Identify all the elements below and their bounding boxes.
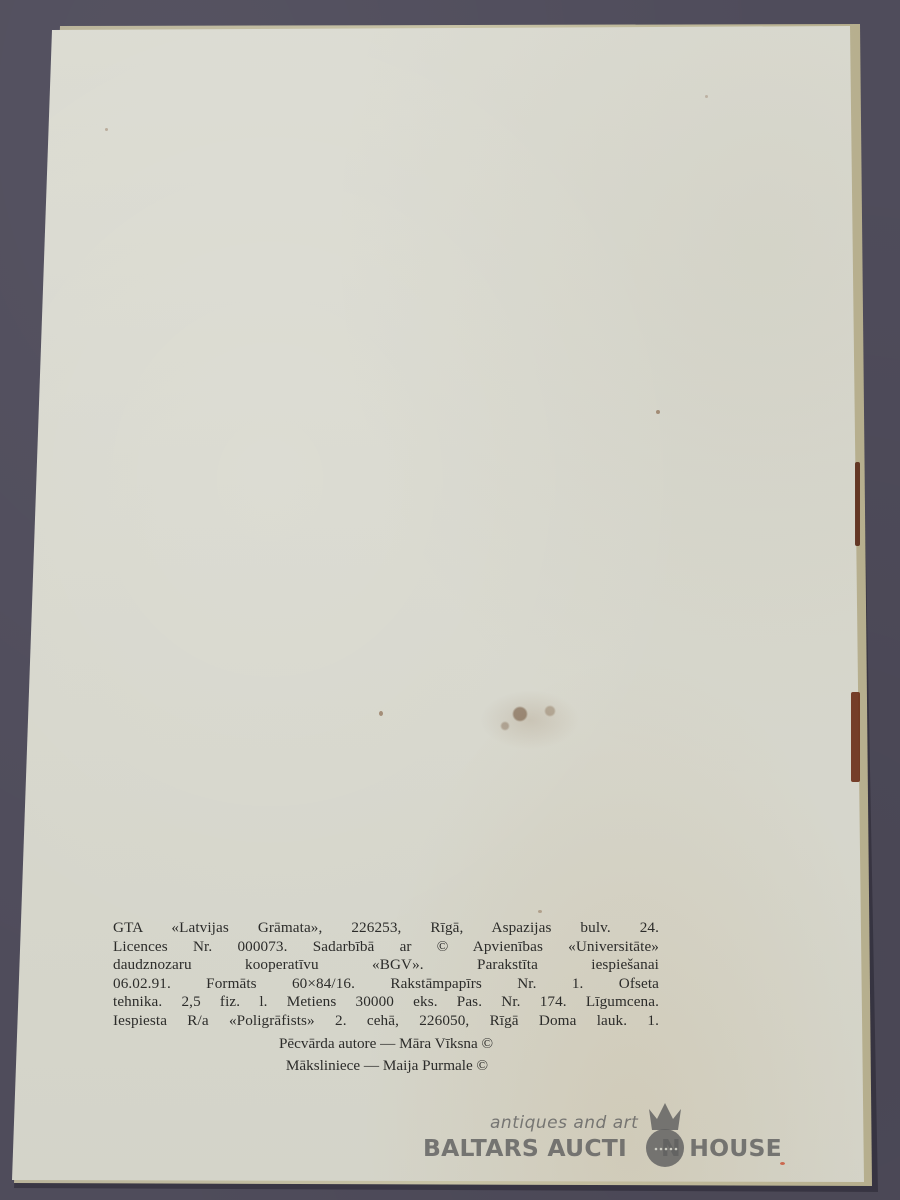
- foxing-spot: [656, 410, 660, 414]
- imprint-line-licence: Licences Nr. 000073. Sadarbībā ar © Apvi…: [113, 938, 659, 957]
- foxing-spot: [538, 910, 542, 913]
- watermark-tagline: antiques and art: [490, 1113, 638, 1133]
- foxing-spot: [105, 128, 108, 131]
- credits-block: Pēcvārda autore — Māra Vīksna © Mākslini…: [113, 1033, 659, 1077]
- watermark-name-left: BALTARS AUCTI: [423, 1134, 627, 1162]
- imprint-line-print-run: tehnika. 2,5 fiz. l. Metiens 30000 eks. …: [113, 993, 659, 1012]
- credit-illustrator: Mākslinieсe — Maija Purmale ©: [113, 1055, 659, 1077]
- rust-stain-lower: [851, 692, 860, 782]
- foxing-spot: [379, 711, 383, 716]
- imprint-line-publisher: GTA «Latvijas Grāmata», 226253, Rīgā, As…: [113, 919, 659, 938]
- imprint-line-printer: Iespiesta R/a «Poligrāfists» 2. cehā, 22…: [113, 1012, 659, 1031]
- center-stain: [480, 690, 580, 750]
- imprint-block: GTA «Latvijas Grāmata», 226253, Rīgā, As…: [113, 919, 659, 1031]
- watermark-name: BALTARS AUCTIN HOUSE: [423, 1134, 782, 1162]
- foxing-spot: [705, 95, 708, 98]
- auction-house-watermark: antiques and art BALTARS AUCTIN HOUSE: [423, 1103, 823, 1173]
- rust-stain-upper: [855, 462, 860, 546]
- imprint-line-format: 06.02.91. Formāts 60×84/16. Rakstāmpapīr…: [113, 975, 659, 994]
- crown-orb-icon: [645, 1103, 685, 1169]
- imprint-line-cooperative: daudznozaru kooperatīvu «BGV». Parakstīt…: [113, 956, 659, 975]
- booklet: GTA «Latvijas Grāmata», 226253, Rīgā, As…: [0, 0, 900, 1200]
- credit-afterword: Pēcvārda autore — Māra Vīksna ©: [113, 1033, 659, 1055]
